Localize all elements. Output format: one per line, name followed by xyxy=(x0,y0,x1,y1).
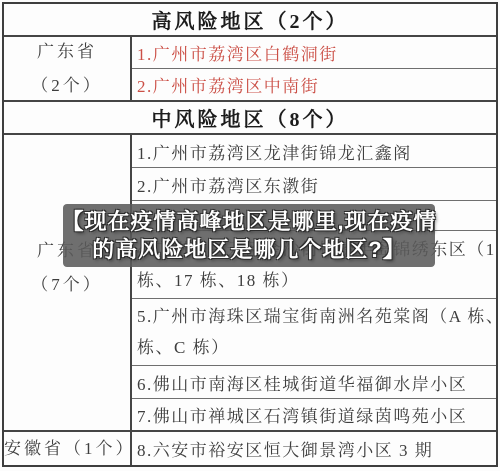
medium-risk-item-1: 1.广州市荔湾区龙津街锦龙汇鑫阁 xyxy=(132,135,496,167)
province-name: 安徽省（1个） xyxy=(4,438,130,459)
medium-risk-section: 广东省 （7个） 1.广州市荔湾区龙津街锦龙汇鑫阁 2.广州市荔湾区东漖街 4.… xyxy=(4,133,496,430)
anhui-rows: 8.六安市裕安区恒大御景湾小区 3 期 xyxy=(132,432,496,465)
province-count: （7个） xyxy=(31,274,103,295)
medium-risk-item-2: 2.广州市荔湾区东漖街 xyxy=(132,167,496,200)
province-count: （2个） xyxy=(31,75,103,96)
high-risk-item-1: 1.广州市荔湾区白鹤洞街 xyxy=(132,37,496,68)
province-cell-anhui: 安徽省（1个） xyxy=(4,432,132,465)
high-risk-rows: 1.广州市荔湾区白鹤洞街 2.广州市荔湾区中南街 xyxy=(132,37,496,100)
medium-risk-item-8: 8.六安市裕安区恒大御景湾小区 3 期 xyxy=(132,432,496,465)
epidemic-risk-area-page: 高风险地区（2个） 广东省 （2个） 1.广州市荔湾区白鹤洞街 2.广州市荔湾区… xyxy=(0,0,500,471)
medium-risk-header: 中风险地区（8个） xyxy=(4,100,496,133)
item-line-2: 栋、C 栋） xyxy=(137,332,230,363)
province-cell-guangdong-medium: 广东省 （7个） xyxy=(4,135,132,430)
anhui-row: 安徽省（1个） 8.六安市裕安区恒大御景湾小区 3 期 xyxy=(4,430,496,465)
high-risk-header: 高风险地区（2个） xyxy=(4,4,496,35)
medium-risk-item-6: 6.佛山市南海区桂城街道华福御水岸小区 xyxy=(132,365,496,398)
province-cell-guangdong-high: 广东省 （2个） xyxy=(4,37,132,100)
caption-line-2: 的高风险地区是哪几个地区?】 xyxy=(92,236,405,264)
item-line-1: 5.广州市海珠区瑞宝街南洲名苑棠阁（A 栋、B xyxy=(137,301,496,332)
high-risk-section: 广东省 （2个） 1.广州市荔湾区白鹤洞街 2.广州市荔湾区中南街 xyxy=(4,35,496,100)
caption-overlay: 【现在疫情高峰地区是哪里,现在疫情 的高风险地区是哪几个地区?】 xyxy=(63,204,435,267)
province-name: 广东省 xyxy=(37,41,97,62)
medium-risk-item-5: 5.广州市海珠区瑞宝街南洲名苑棠阁（A 栋、B 栋、C 栋） xyxy=(132,298,496,365)
high-risk-item-2: 2.广州市荔湾区中南街 xyxy=(132,68,496,100)
medium-risk-item-7: 7.佛山市禅城区石湾镇街道绿茵鸣苑小区 xyxy=(132,398,496,430)
medium-risk-rows: 1.广州市荔湾区龙津街锦龙汇鑫阁 2.广州市荔湾区东漖街 4.广州市白云区金沙街… xyxy=(132,135,496,430)
item-line-2: 栋、17 栋、18 栋） xyxy=(137,265,300,296)
caption-line-1: 【现在疫情高峰地区是哪里,现在疫情 xyxy=(61,208,436,236)
